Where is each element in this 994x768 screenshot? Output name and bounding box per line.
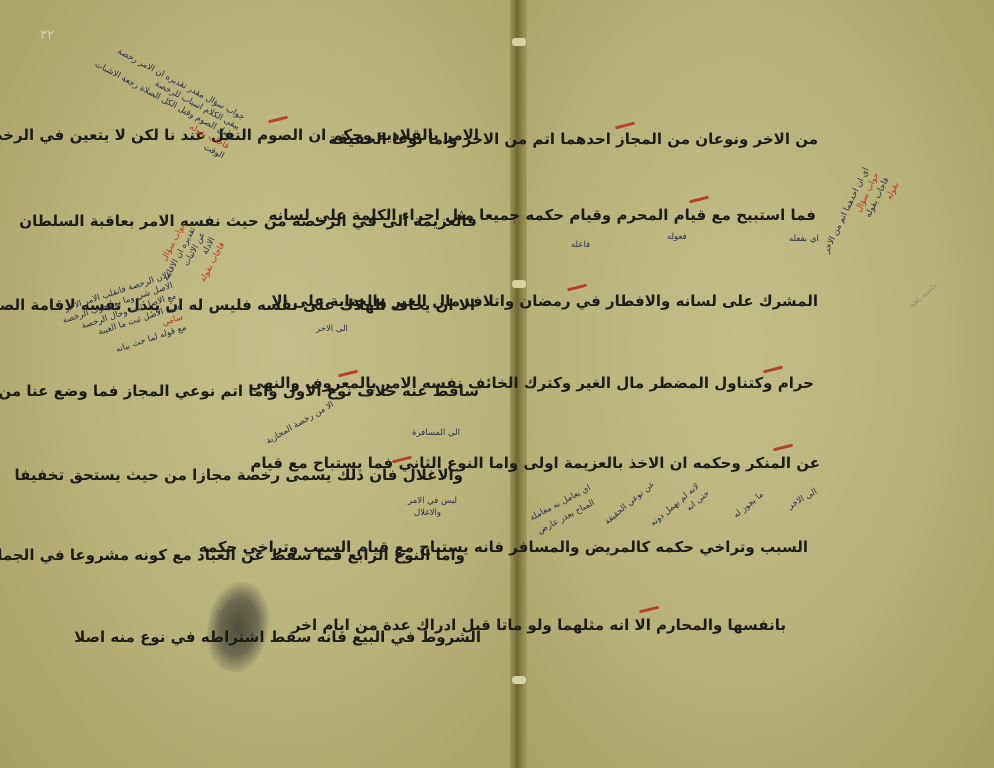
binding-notch <box>512 280 526 288</box>
ink-smudge <box>201 577 276 676</box>
interlinear-gloss: ما يجوز له <box>732 490 767 522</box>
binding-notch <box>512 38 526 46</box>
red-overline <box>639 606 659 614</box>
red-overline <box>763 366 783 374</box>
interlinear-gloss: والاغلال <box>414 508 441 519</box>
red-overline <box>689 196 709 204</box>
interlinear-gloss: الى المسافرة <box>412 428 460 439</box>
interlinear-gloss: الى الاخر <box>786 487 819 512</box>
right-text-line-3: المشرك على لسانه والافطار في رمضان واتلا… <box>271 292 818 310</box>
interlinear-gloss: الى الاخر <box>316 324 348 335</box>
red-overline <box>268 116 288 124</box>
folio-number: ٣٢ <box>40 28 54 43</box>
margin-note-top-right: اي ان احدهما اتم من الاخر جواب سؤال فاجا… <box>822 166 903 270</box>
right-text-line-6: السبب وتراخي حكمه كالمريض والمسافر فانه … <box>199 538 808 556</box>
right-text-line-1: من الاخر ونوعان من المجاز احدهما اتم من … <box>328 130 818 148</box>
interlinear-gloss: اي بفعله <box>789 234 819 245</box>
interlinear-gloss: فعوله <box>667 232 687 243</box>
interlinear-gloss: فاعله <box>571 240 590 251</box>
red-overline <box>615 122 635 130</box>
binding-notch <box>512 676 526 684</box>
right-text-line-7: بانفسها والمحارم الا انه مثلهما ولو ماتا… <box>292 616 786 634</box>
interlinear-gloss: الا من رخصة المجازية <box>264 400 336 448</box>
right-text-line-4: حرام وكتناول المضطر مال الغير وكترك الخا… <box>249 374 814 392</box>
red-overline <box>773 444 793 452</box>
manuscript-spread: ٣٢ الامر بالقلادية وحكم ان الصوم النفل ع… <box>0 0 994 768</box>
red-overline <box>567 284 587 292</box>
right-text-line-2: فما استبيح مع قيام المحرم وقيام حكمه جمي… <box>269 206 816 224</box>
margin-note-far-left: الان الرخصة فانقلب الامر الاخر الاصل شي … <box>58 270 188 368</box>
right-text-line-5: عن المنكر وحكمه ان الاخذ بالعزيمة اولى و… <box>250 454 820 472</box>
interlinear-gloss: ليس في الامر <box>408 496 457 507</box>
